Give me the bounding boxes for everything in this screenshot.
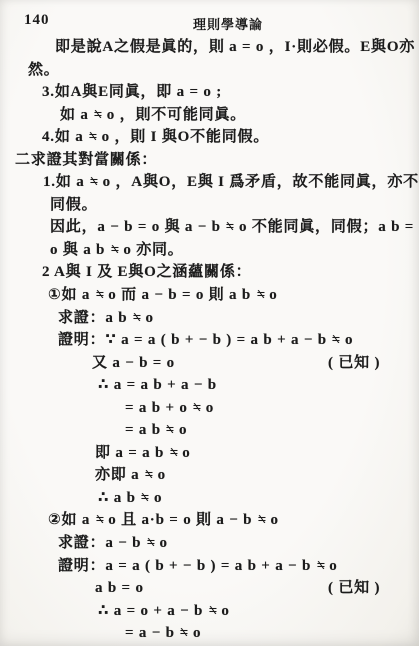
line-text: ∴ a = a b + a − b (98, 377, 217, 393)
line-19: 即 a = a b ≠ o (0, 442, 419, 465)
line-text: 如 a ≠ o ，則不可能同眞。 (60, 107, 246, 123)
line-text: 3.如A與E同眞，即 a = o ; (42, 84, 222, 100)
line-15: 又 a − b = o( 已知 ) (0, 352, 419, 375)
given-annotation: ( 已知 ) (328, 352, 380, 375)
line-2: 然。 (0, 59, 419, 82)
given-annotation: ( 已知 ) (328, 577, 380, 600)
line-text: = a − b ≠ o (125, 625, 201, 641)
line-20: 亦即 a ≠ o (0, 464, 419, 487)
line-25: a b = o( 已知 ) (0, 577, 419, 600)
line-17: = a b + o ≠ o (0, 397, 419, 420)
line-text: = a b ≠ o (125, 422, 187, 438)
line-text: 同假。 (50, 197, 97, 213)
line-13: 求證：a b ≠ o (0, 307, 419, 330)
line-1: 即是說A之假是眞的，則 a = o ，I·則必假。E與O亦 (0, 36, 419, 59)
line-text: 然。 (28, 62, 60, 78)
line-text: 即是說A之假是眞的，則 a = o ，I·則必假。E與O亦 (55, 39, 415, 55)
line-11-subsection-heading: 2 A與 I 及 E與O之涵蘊關係： (0, 261, 419, 284)
line-text: o 與 a b ≠ o 亦同。 (50, 242, 184, 258)
line-text: 又 a − b = o (92, 355, 175, 371)
line-text: 因此，a − b = o 與 a − b ≠ o 不能同眞，同假；a b = (50, 219, 414, 235)
line-12: ①如 a ≠ o 而 a − b = o 則 a b ≠ o (0, 284, 419, 307)
line-text: 亦即 a ≠ o (95, 467, 166, 483)
scanned-book-page: 140 理則學導論 即是說A之假是眞的，則 a = o ，I·則必假。E與O亦 … (0, 0, 419, 646)
line-text: ∴ a = o + a − b ≠ o (98, 603, 230, 619)
line-text: ∴ a b ≠ o (98, 490, 162, 506)
line-14: 證明：∵ a = a ( b + − b ) = a b + a − b ≠ o (0, 329, 419, 352)
line-text: ②如 a ≠ o 且 a·b = o 則 a − b ≠ o (48, 512, 279, 528)
line-26: ∴ a = o + a − b ≠ o (0, 600, 419, 623)
line-text: 二求證其對當關係： (15, 152, 157, 168)
page-number: 140 (24, 12, 50, 29)
line-text: a b = o (95, 580, 144, 596)
line-text: 4.如 a ≠ o ，則 I 與O不能同假。 (42, 129, 269, 145)
line-24: 證明：a = a ( b + − b ) = a b + a − b ≠ o (0, 555, 419, 578)
line-22: ②如 a ≠ o 且 a·b = o 則 a − b ≠ o (0, 509, 419, 532)
line-23: 求證：a − b ≠ o (0, 532, 419, 555)
line-3: 3.如A與E同眞，即 a = o ; (0, 81, 419, 104)
running-title: 理則學導論 (193, 14, 263, 33)
line-text: 證明：a = a ( b + − b ) = a b + a − b ≠ o (58, 558, 338, 574)
line-text: 證明：∵ a = a ( b + − b ) = a b + a − b ≠ o (58, 332, 353, 348)
body-text: 即是說A之假是眞的，則 a = o ，I·則必假。E與O亦 然。 3.如A與E同… (0, 36, 419, 645)
line-27: = a − b ≠ o (0, 622, 419, 645)
line-8: 同假。 (0, 194, 419, 217)
line-text: ①如 a ≠ o 而 a − b = o 則 a b ≠ o (48, 287, 278, 303)
line-21: ∴ a b ≠ o (0, 487, 419, 510)
line-text: 2 A與 I 及 E與O之涵蘊關係： (42, 264, 251, 280)
page-header: 140 理則學導論 (0, 10, 419, 30)
line-4: 如 a ≠ o ，則不可能同眞。 (0, 104, 419, 127)
line-5: 4.如 a ≠ o ，則 I 與O不能同假。 (0, 126, 419, 149)
line-text: 1.如 a ≠ o ，A與O，E與 I 爲矛盾，故不能同眞，亦不能 (43, 174, 419, 190)
line-9: 因此，a − b = o 與 a − b ≠ o 不能同眞，同假；a b = (0, 216, 419, 239)
line-18: = a b ≠ o (0, 419, 419, 442)
line-text: 求證：a − b ≠ o (58, 535, 168, 551)
line-text: 求證：a b ≠ o (58, 310, 154, 326)
line-6-section-heading: 二求證其對當關係： (0, 149, 419, 172)
line-7: 1.如 a ≠ o ，A與O，E與 I 爲矛盾，故不能同眞，亦不能 (0, 171, 419, 194)
line-10: o 與 a b ≠ o 亦同。 (0, 239, 419, 262)
line-text: 即 a = a b ≠ o (95, 445, 191, 461)
line-16: ∴ a = a b + a − b (0, 374, 419, 397)
line-text: = a b + o ≠ o (125, 400, 214, 416)
